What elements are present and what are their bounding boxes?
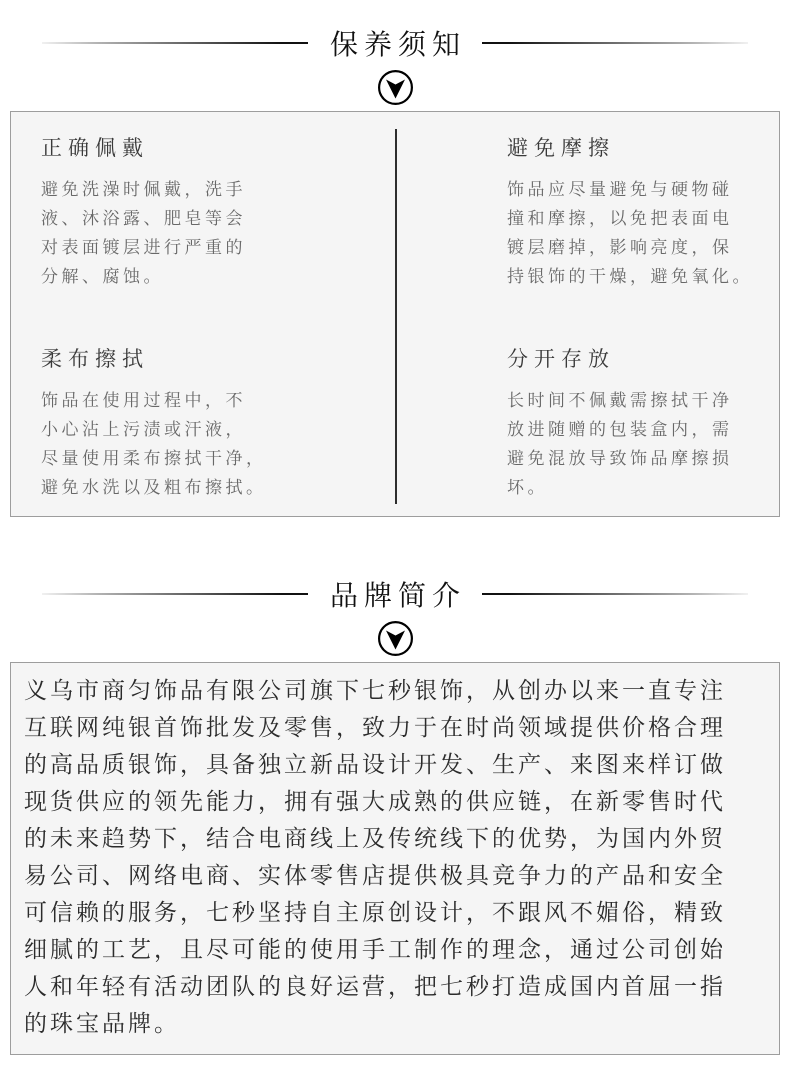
care-item-avoid-friction: 避免摩擦 饰品应尽量避免与硬物碰 撞和摩擦，以免把表面电 镀层磨掉，影响亮度，保… <box>395 132 779 291</box>
circled-down-arrow-icon <box>377 69 414 107</box>
care-arrow-row <box>0 69 790 107</box>
brand-section-title: 品牌简介 <box>308 574 482 614</box>
care-section-title-row: 保养须知 <box>42 22 748 64</box>
title-rule-left <box>42 42 308 44</box>
care-item-body: 避免洗澡时佩戴，洗手 液、沐浴露、肥皂等会 对表面镀层进行严重的 分解、腐蚀。 <box>41 175 365 291</box>
care-item-heading: 柔布擦拭 <box>41 343 365 373</box>
brand-intro-panel: 义乌市商匀饰品有限公司旗下七秒银饰，从创办以来一直专注 互联网纯银首饰批发及零售… <box>10 662 780 1055</box>
care-item-soft-cloth: 柔布擦拭 饰品在使用过程中，不 小心沾上污渍或汗液， 尽量使用柔布擦拭干净， 避… <box>11 343 395 502</box>
care-item-body: 长时间不佩戴需擦拭干净 放进随赠的包装盒内，需 避免混放导致饰品摩擦损 坏。 <box>507 386 769 502</box>
care-instructions-panel: 正确佩戴 避免洗澡时佩戴，洗手 液、沐浴露、肥皂等会 对表面镀层进行严重的 分解… <box>10 111 780 517</box>
care-item-body: 饰品在使用过程中，不 小心沾上污渍或汗液， 尽量使用柔布擦拭干净， 避免水洗以及… <box>41 386 365 502</box>
care-item-correct-wearing: 正确佩戴 避免洗澡时佩戴，洗手 液、沐浴露、肥皂等会 对表面镀层进行严重的 分解… <box>11 132 395 291</box>
care-item-heading: 分开存放 <box>507 343 769 373</box>
brand-arrow-row <box>0 620 790 658</box>
care-column-divider <box>395 129 397 504</box>
title-rule-right <box>482 42 748 44</box>
care-item-heading: 正确佩戴 <box>41 132 365 162</box>
brand-section-title-row: 品牌简介 <box>42 573 748 615</box>
brand-intro-text: 义乌市商匀饰品有限公司旗下七秒银饰，从创办以来一直专注 互联网纯银首饰批发及零售… <box>24 672 767 1042</box>
circled-down-arrow-icon <box>377 620 414 658</box>
title-rule-left <box>42 593 308 595</box>
care-item-store-separately: 分开存放 长时间不佩戴需擦拭干净 放进随赠的包装盒内，需 避免混放导致饰品摩擦损… <box>395 343 779 502</box>
care-item-body: 饰品应尽量避免与硬物碰 撞和摩擦，以免把表面电 镀层磨掉，影响亮度，保 持银饰的… <box>507 175 769 291</box>
product-detail-page: 保养须知 正确佩戴 避免洗澡时佩戴，洗手 液、沐浴露、肥皂等会 对表面镀层进行严… <box>0 0 790 1076</box>
title-rule-right <box>482 593 748 595</box>
care-item-heading: 避免摩擦 <box>507 132 769 162</box>
care-section-title: 保养须知 <box>308 23 482 63</box>
bottom-spacer <box>0 1055 790 1076</box>
